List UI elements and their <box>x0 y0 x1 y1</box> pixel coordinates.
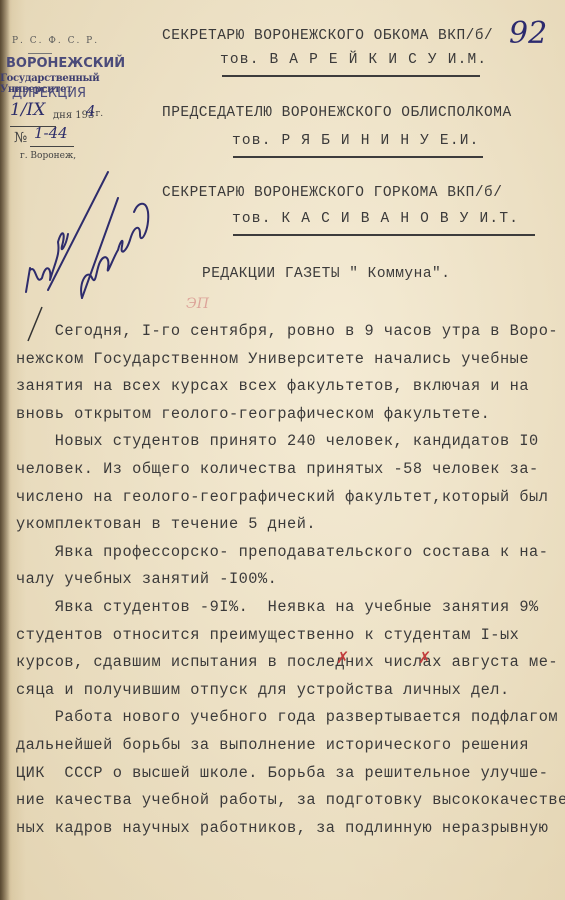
stamp-number-label: № <box>14 130 27 146</box>
body-line: сяца и получившим отпуск для устройства … <box>16 677 564 705</box>
body-line: Работа нового учебного года развертывает… <box>16 704 564 732</box>
addressee-2-title: ПРЕДСЕДАТЕЛЮ ВОРОНЕЖСКОГО ОБЛИСПОЛКОМА <box>162 105 512 121</box>
stamp-republic: Р. С. Ф. С. Р. <box>12 36 99 46</box>
addressee-2-name: тов. Р Я Б И Н И Н У Е.И. <box>232 133 480 149</box>
body-line: укомплектован в течение 5 дней. <box>16 511 564 539</box>
stamp-year-handwritten: 4г. <box>86 102 103 120</box>
body-line: ЦИК СССР о высшей школе. Борьба за решит… <box>16 760 564 788</box>
body-line: ных кадров научных работников, за подлин… <box>16 815 564 843</box>
body-line: числено на геолого-географический факуль… <box>16 484 564 512</box>
addressee-1-underline <box>222 75 480 77</box>
stamp-line-directorate: ДИРЕКЦИЯ <box>12 86 86 101</box>
stamp-rule <box>28 53 52 54</box>
body-line: студентов относится преимущественно к ст… <box>16 622 564 650</box>
page-edge-shadow <box>0 0 10 900</box>
document-page: Р. С. Ф. С. Р. ВОРОНЕЖСКИЙ Государственн… <box>0 0 565 900</box>
body-line: Новых студентов принято 240 человек, кан… <box>16 428 564 456</box>
addressee-2-underline <box>233 156 483 158</box>
stamp-number-handwritten: 1-44 <box>34 124 68 142</box>
handwritten-resolution-signatures <box>0 150 170 310</box>
letter-body: Сегодня, I-го сентября, ровно в 9 часов … <box>16 318 564 842</box>
addressee-1-title: СЕКРЕТАРЮ ВОРОНЕЖСКОГО ОБКОМА ВКП/б/ <box>162 28 493 44</box>
body-line: курсов, сдавшим испытания в последних чи… <box>16 649 564 677</box>
red-correction-mark: ✗ <box>336 648 349 667</box>
body-line: человек. Из общего количества принятых -… <box>16 456 564 484</box>
addressee-3-underline <box>233 234 535 236</box>
red-correction-mark: ✗ <box>418 648 431 667</box>
stamp-date-handwritten: 1/IX <box>10 100 45 120</box>
recipient-newspaper: РЕДАКЦИИ ГАЗЕТЫ " Коммуна". <box>202 266 450 282</box>
body-line: занятия на всех курсах всех факультетов,… <box>16 373 564 401</box>
slash-stroke <box>48 172 108 290</box>
stamp-line-city: ВОРОНЕЖСКИЙ <box>6 56 125 71</box>
stamp-number-line <box>30 146 74 147</box>
body-line: Явка профессорско- преподавательского со… <box>16 539 564 567</box>
red-pencil-note: ЭП <box>186 296 209 312</box>
body-line: вновь открытом геолого-географическом фа… <box>16 401 564 429</box>
body-line: Явка студентов -9I%. Неявка на учебные з… <box>16 594 564 622</box>
body-line: Сегодня, I-го сентября, ровно в 9 часов … <box>16 318 564 346</box>
body-line: ние качества учебной работы, за подготов… <box>16 787 564 815</box>
addressee-3-title: СЕКРЕТАРЮ ВОРОНЕЖСКОГО ГОРКОМА ВКП/б/ <box>162 185 502 201</box>
addressee-3-name: тов. К А С И В А Н О В У И.Т. <box>232 211 519 227</box>
archive-page-number: 92 <box>509 16 547 51</box>
body-line: нежском Государственном Университете нач… <box>16 346 564 374</box>
body-line: дальнейшей борьбы за выполнение историче… <box>16 732 564 760</box>
body-line: чалу учебных занятий -I00%. <box>16 566 564 594</box>
addressee-1-name: тов. В А Р Е Й К И С У И.М. <box>220 52 487 68</box>
